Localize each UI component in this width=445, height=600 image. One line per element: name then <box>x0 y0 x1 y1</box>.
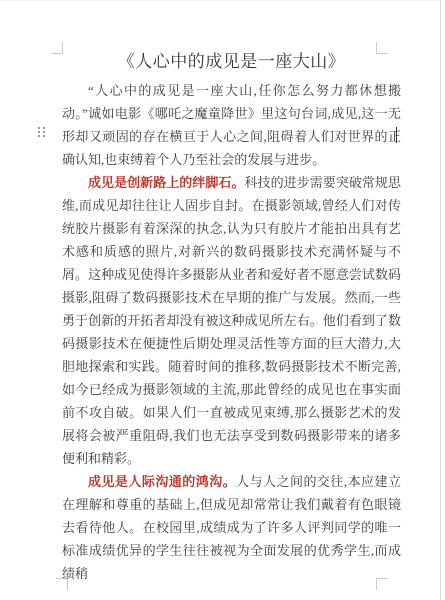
text-cursor <box>396 127 397 143</box>
document-title[interactable]: 《人心中的成见是一座大山》 <box>62 49 401 75</box>
paragraph-lead: 成见是创新路上的绊脚石。 <box>88 175 245 190</box>
paragraph-lead: 成见是人际沟通的鸿沟。 <box>88 474 236 489</box>
paragraph-text: 人与人之间的交往,本应建立在理解和尊重的基础上,但成见却常常让我们戴着有色眼镜去… <box>62 474 401 581</box>
paragraph[interactable]: “人心中的成见是一座大山,任你怎么努力都休想搬动。”诚如电影《哪吒之魔童降世》里… <box>62 79 401 171</box>
paragraph-text: 科技的进步需要突破常规思维,而成见却往往让人固步自封。在摄影领域,曾经人们对传统… <box>62 175 401 466</box>
document-text-area[interactable]: 《人心中的成见是一座大山》 “人心中的成见是一座大山,任你怎么努力都休想搬动。”… <box>62 49 401 600</box>
paragraph[interactable]: 成见是创新路上的绊脚石。科技的进步需要突破常规思维,而成见却往往让人固步自封。在… <box>62 171 401 470</box>
paragraph-drag-handle-icon[interactable] <box>38 127 46 140</box>
paragraph[interactable]: 成见是人际沟通的鸿沟。人与人之间的交往,本应建立在理解和尊重的基础上,但成见却常… <box>62 470 401 585</box>
paragraph-text: “人心中的成见是一座大山,任你怎么努力都休想搬动。”诚如电影《哪吒之魔童降世》里… <box>62 83 401 167</box>
document-page: 《人心中的成见是一座大山》 “人心中的成见是一座大山,任你怎么努力都休想搬动。”… <box>0 0 441 600</box>
